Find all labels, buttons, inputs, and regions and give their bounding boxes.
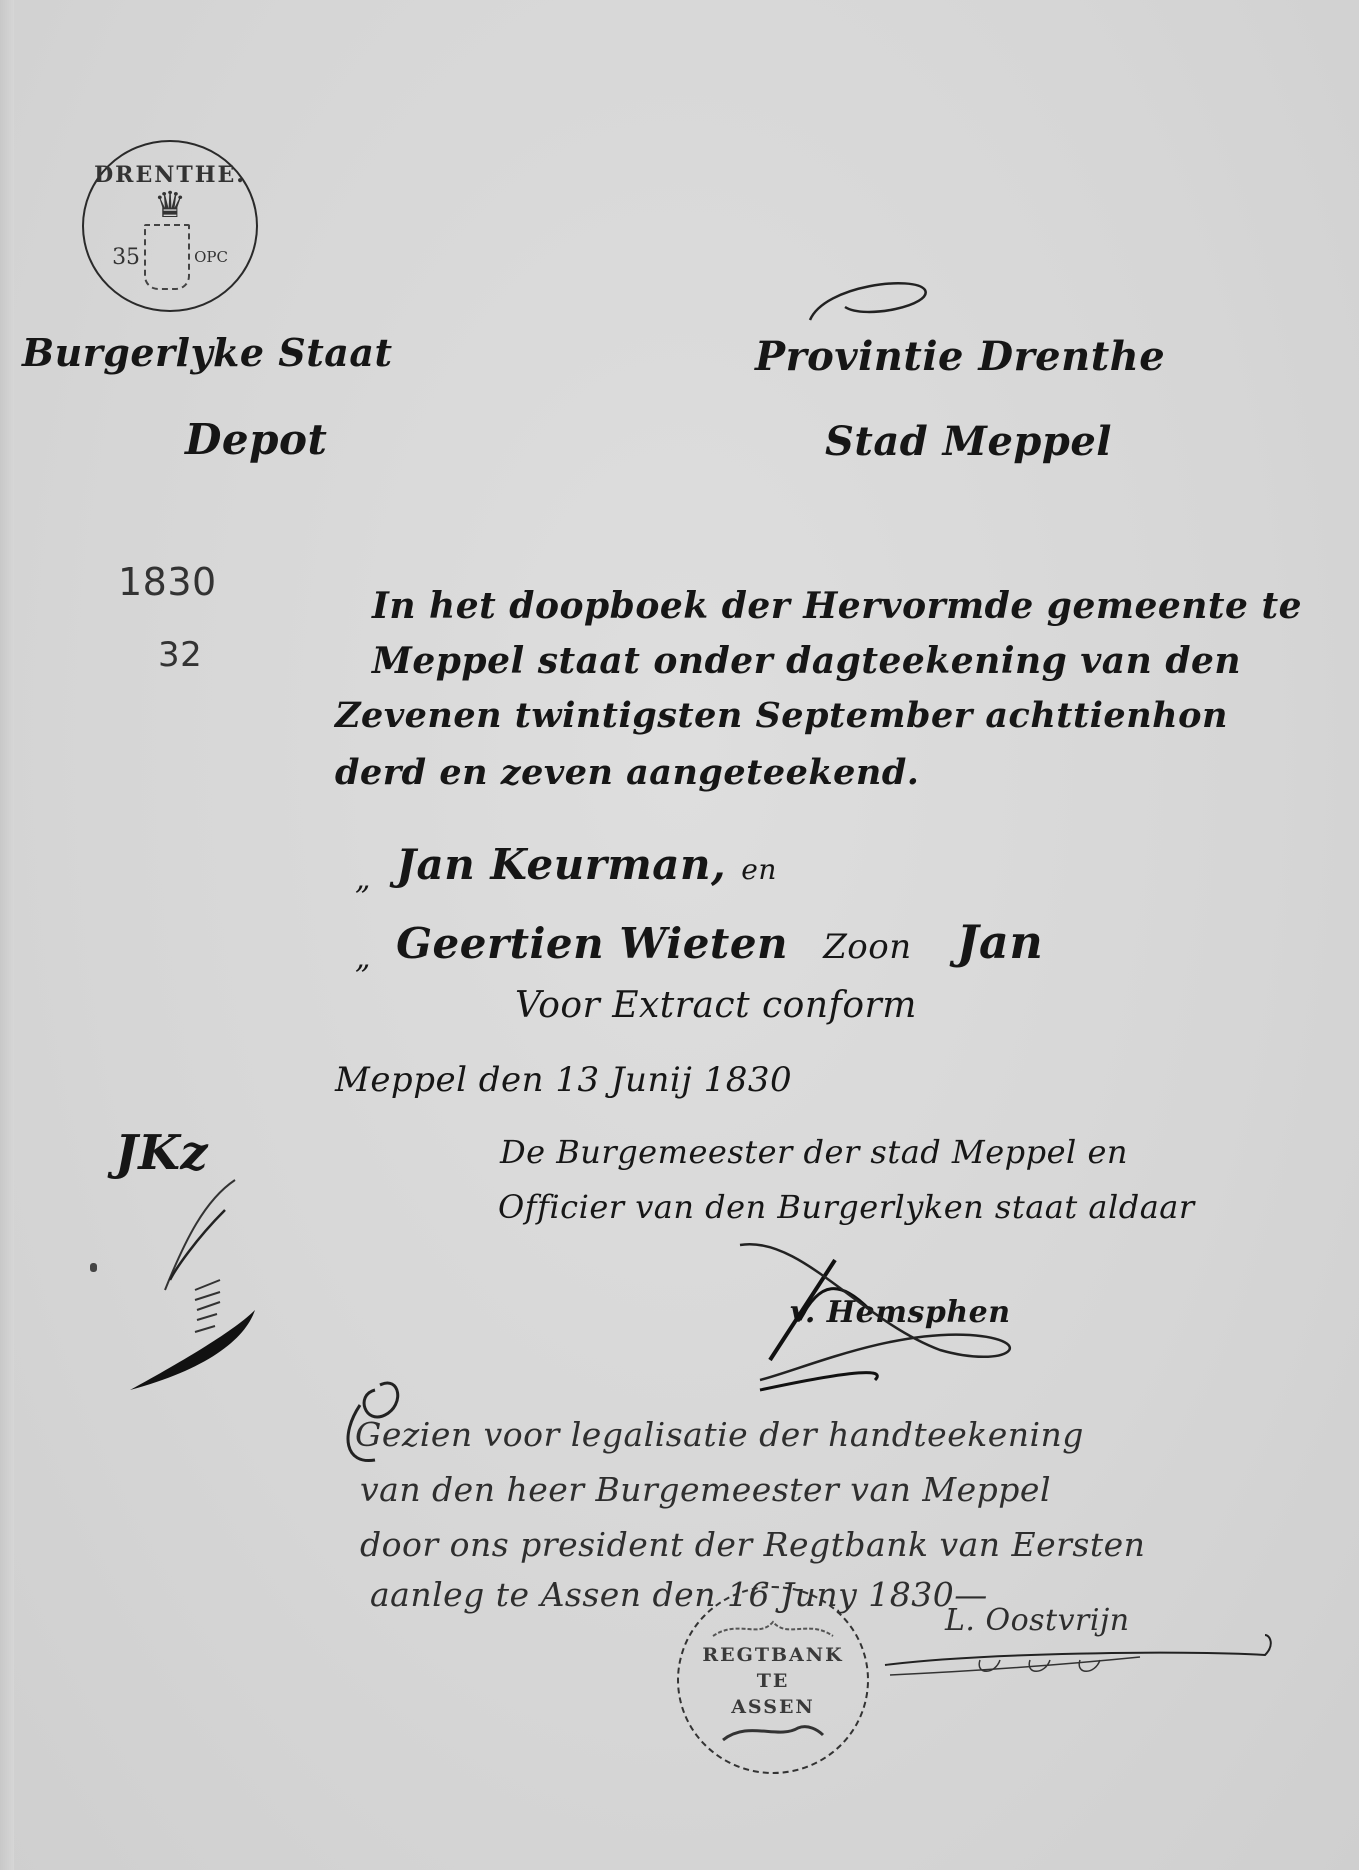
stamp-ribbon-icon	[718, 1720, 828, 1746]
crown-icon: ♛	[154, 188, 186, 224]
margin-year: 1830	[118, 560, 217, 604]
entry-mother-prefix: „	[355, 941, 371, 976]
president-signature-flourish-icon	[880, 1635, 1280, 1685]
entry-father-suffix: en	[741, 853, 777, 886]
conform-line: Voor Extract conform	[515, 985, 917, 1026]
stamp-line-3: ASSEN	[731, 1694, 815, 1720]
margin-number: 32	[158, 635, 202, 675]
president-signature: L. Oostvrijn	[945, 1603, 1130, 1638]
shield-icon	[144, 224, 190, 290]
entry-mother-name: Geertien Wieten	[396, 919, 788, 968]
header-left-line1: Burgerlyke Staat	[22, 330, 393, 375]
stamp-crest-icon	[708, 1614, 838, 1642]
official-line-2: Officier van den Burgerlyken staat aldaa…	[498, 1188, 1195, 1226]
entry-mother-suffix: Zoon	[823, 927, 911, 967]
header-right-line1: Provintie Drenthe	[755, 333, 1165, 380]
entry-father-name: Jan Keurman,	[396, 840, 726, 889]
margin-initials: JKz	[115, 1125, 208, 1181]
body-line-1: In het doopboek der Hervormde gemeente t…	[372, 585, 1302, 627]
official-line-1: De Burgemeester der stad Meppel en	[500, 1133, 1128, 1171]
signature-flourish-icon	[740, 1240, 1060, 1400]
stamp-line-2: TE	[757, 1668, 790, 1694]
stamp-line-1: REGTBANK	[702, 1642, 843, 1668]
flourish-p-icon	[805, 275, 935, 335]
entry-mother: „ Geertien Wieten Zoon Jan	[355, 915, 953, 969]
header-left-line2: Depot	[185, 415, 327, 464]
stamp-left-number: 35	[112, 245, 140, 270]
legalization-line-3: door ons president der Regtbank van Eers…	[360, 1525, 1145, 1564]
flourish-g-icon	[340, 1375, 410, 1475]
stamp-middle-row: 35 OPC	[112, 224, 228, 290]
stamp-right-text: OPC	[194, 248, 228, 266]
body-line-3: Zevenen twintigsten September achttienho…	[335, 695, 1228, 736]
legalization-line-1: Gezien voor legalisatie der handteekenin…	[355, 1415, 1084, 1454]
body-line-4: derd en zeven aangeteekend.	[335, 752, 920, 793]
legalization-line-4: aanleg te Assen den 16 Juny 1830—	[370, 1575, 988, 1614]
regtbank-assen-stamp: REGTBANK TE ASSEN	[677, 1586, 869, 1774]
margin-paraph-icon	[125, 1180, 275, 1400]
entry-father: „ Jan Keurman, en	[355, 840, 747, 889]
place-date: Meppel den 13 Junij 1830	[335, 1060, 792, 1100]
entry-child-name: Jan	[957, 915, 1044, 969]
document-page: DRENTHE. ♛ 35 OPC Burgerlyke Staat Depot…	[0, 0, 1359, 1870]
page-edge	[0, 0, 14, 1870]
body-line-2: Meppel staat onder dagteekening van den	[372, 640, 1241, 682]
header-right-line2: Stad Meppel	[825, 418, 1112, 465]
drenthe-tax-stamp: DRENTHE. ♛ 35 OPC	[82, 140, 258, 312]
entry-father-prefix: „	[355, 862, 371, 897]
legalization-line-2: van den heer Burgemeester van Meppel	[360, 1470, 1051, 1509]
ink-speck	[90, 1263, 97, 1272]
